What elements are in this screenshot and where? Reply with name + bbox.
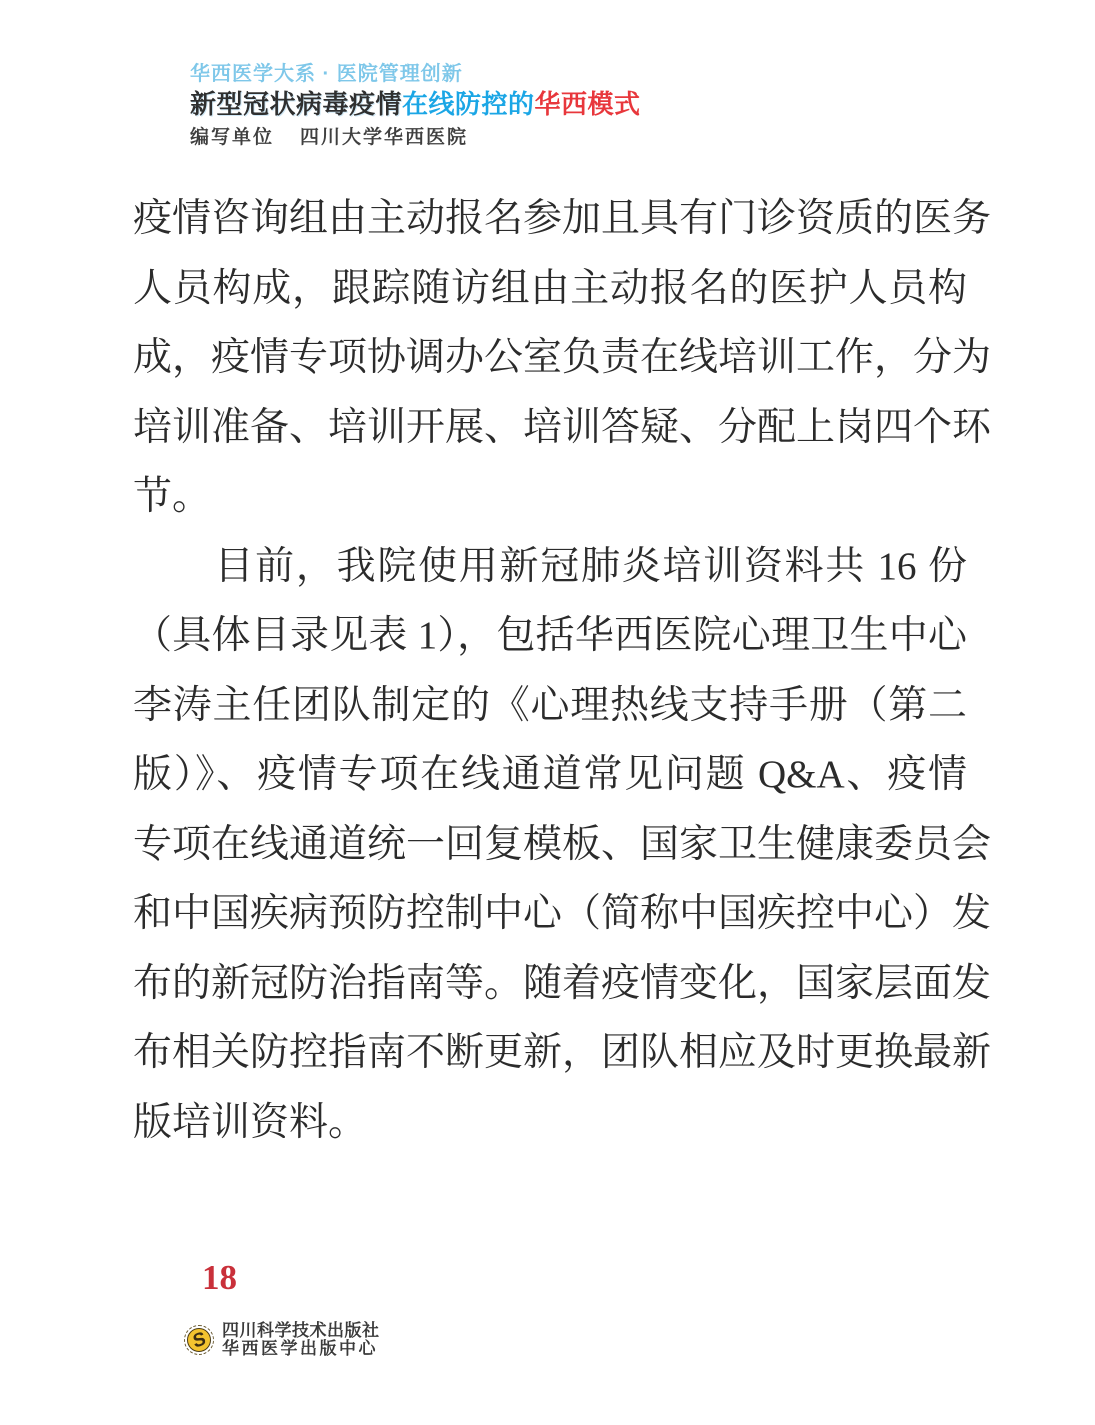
body-text-line: 版培训资料。 bbox=[133, 1088, 967, 1158]
book-title-segment-black: 新型冠状病毒疫情 bbox=[190, 89, 402, 119]
body-text-line: 版）》、疫情专项在线通道常见问题 Q&A、疫情 bbox=[133, 740, 967, 810]
editor-line: 编写单位四川大学华西医院 bbox=[190, 126, 641, 149]
body-text-line: 和中国疾病预防控制中心（简称中国疾控中心）发 bbox=[133, 879, 967, 949]
body-text-line: 布相关防控指南不断更新，团队相应及时更换最新 bbox=[133, 1018, 967, 1088]
book-title: 新型冠状病毒疫情在线防控的华西模式 bbox=[190, 89, 641, 119]
page-number: 18 bbox=[202, 1258, 237, 1298]
publisher-name: 四川科学技术出版社 bbox=[222, 1322, 380, 1340]
editor-value: 四川大学华西医院 bbox=[300, 127, 468, 148]
body-text-line: 节。 bbox=[133, 462, 967, 532]
coin-s-glyph: S bbox=[191, 1329, 207, 1352]
publisher-coin-icon: S bbox=[184, 1325, 214, 1355]
coin-face: S bbox=[187, 1328, 211, 1352]
book-title-segment-blue: 在线防控的 bbox=[402, 89, 535, 119]
publisher-center: 华西医学出版中心 bbox=[222, 1340, 380, 1358]
body-text-line: （具体目录见表 1），包括华西医院心理卫生中心 bbox=[133, 601, 967, 671]
book-page: 华西医学大系 · 医院管理创新 新型冠状病毒疫情在线防控的华西模式 编写单位四川… bbox=[0, 0, 1095, 1425]
body-text: 疫情咨询组由主动报名参加且具有门诊资质的医务人员构成，跟踪随访组由主动报名的医护… bbox=[133, 184, 967, 1157]
body-text-line: 人员构成，跟踪随访组由主动报名的医护人员构 bbox=[133, 254, 967, 324]
body-text-line: 李涛主任团队制定的《心理热线支持手册（第二 bbox=[133, 671, 967, 741]
body-text-line: 成，疫情专项协调办公室负责在线培训工作，分为 bbox=[133, 323, 967, 393]
running-head: 华西医学大系 · 医院管理创新 新型冠状病毒疫情在线防控的华西模式 编写单位四川… bbox=[190, 62, 641, 149]
book-title-segment-red: 华西模式 bbox=[535, 89, 641, 119]
editor-label: 编写单位 bbox=[190, 127, 274, 148]
body-text-line: 目前，我院使用新冠肺炎培训资料共 16 份 bbox=[133, 532, 967, 602]
series-title: 华西医学大系 · 医院管理创新 bbox=[190, 62, 641, 86]
publisher-block: S 四川科学技术出版社 华西医学出版中心 bbox=[184, 1322, 380, 1358]
body-text-line: 专项在线通道统一回复模板、国家卫生健康委员会 bbox=[133, 810, 967, 880]
body-text-line: 培训准备、培训开展、培训答疑、分配上岗四个环 bbox=[133, 393, 967, 463]
body-text-line: 疫情咨询组由主动报名参加且具有门诊资质的医务 bbox=[133, 184, 967, 254]
body-text-line: 布的新冠防治指南等。随着疫情变化，国家层面发 bbox=[133, 949, 967, 1019]
publisher-text: 四川科学技术出版社 华西医学出版中心 bbox=[222, 1322, 380, 1358]
